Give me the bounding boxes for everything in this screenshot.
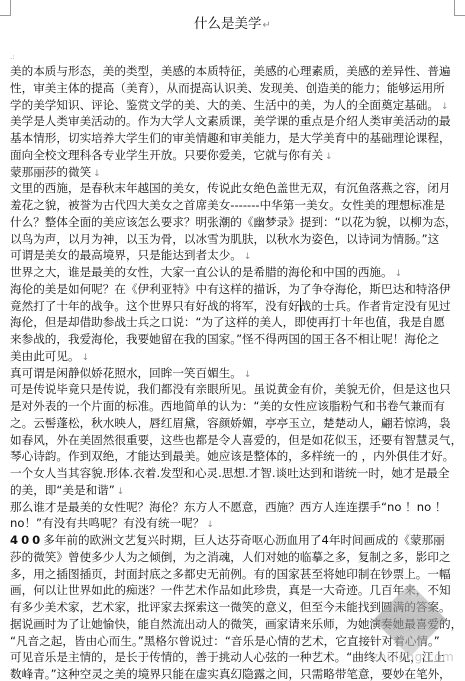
text-line: 多，用之插图插页，封面封底之多都史无前例。有的国家甚至将她印制在钞票上。一幅 <box>10 566 462 583</box>
text-line: 蒙那丽莎的微笑↓ <box>10 164 462 181</box>
text-line: 世界之大，谁是最美的女性，大家一直公认的是希腊的海伦和中国的西施。↓ <box>10 264 462 281</box>
line-text: 美的本质与形态，美的类型，美感的本质特征，美感的心理素质，美感的差异性、普遍 <box>10 64 451 78</box>
text-line: 来参战的，我爱海伦，我要她留在我的国家。”怪不得两国的国王各不相让呢！海伦之 <box>10 331 462 348</box>
line-text: 以鸟为声，以月为神，以玉为骨，以冰雪为肌肤，以秋水为姿色，以诗词为情肠。”这 <box>10 232 439 246</box>
text-line: 什么？整体全面的美应该怎么要求？明张潮的《幽梦录》提到：“以花为貌，以柳为态， <box>10 214 462 231</box>
line-text: 可见音乐是主情的，是长于传情的，善于挑动人心弦的一种艺术。“曲终人不见，江上 <box>10 650 445 664</box>
line-text: 那么谁才是最美的女性呢？海伦？东方人不愿意，西施？西方人连连摆手“no ！no … <box>10 500 446 514</box>
text-line: “凡音之起，皆由心而生。”黑格尔曾说过：“音乐是心情的艺术，它直接针对着心情。” <box>10 633 462 650</box>
line-text: 多，用之插图插页，封面封底之多都史无前例。有的国家甚至将她印制在钞票上。一幅 <box>10 567 451 581</box>
line-break-mark-icon: ↓ <box>206 520 214 530</box>
line-break-mark-icon: ↓ <box>244 370 252 380</box>
text-line: 面向全校文理科各专业学生开放。只要你爱美，它就与你有关↓ <box>10 147 462 164</box>
bold-number: 400 <box>10 533 43 547</box>
empty-paragraph-mark-icon: .: <box>10 53 15 61</box>
text-line: 画，何以让世界如此的痴迷？一件艺术作品如此珍贵，真是一大奇迹。几百年来，不知 <box>10 582 462 599</box>
text-line: 是对外表的一个片面的标准。西地简单的认为：“美的女性应该脂粉气和书卷气兼而有 <box>10 398 462 415</box>
line-break-mark-icon: ↓ <box>244 252 252 262</box>
text-line: 400多年前的欧洲文艺复兴时期，巨人达芬奇呕心沥血用了4年时间画成的《蒙那丽 <box>10 532 462 549</box>
line-text: 可是传说毕竟只是传说，我们都没有亲眼所见。虽说黄金有价，美貌无价，但是这也只 <box>10 382 451 396</box>
line-text: 学的美学知识、评论、鉴赏文学的美、大的美、生活中的美，为人的全面奠定基础。 <box>10 98 439 112</box>
text-line: 可谓是美女的最高境界，只是能达到者太少。↓ <box>10 247 462 264</box>
document-page[interactable]: 什么是美学↵ .: 美的本质与形态，美的类型，美感的本质特征，美感的心理素质，美… <box>0 0 465 681</box>
text-line: 文里的西施，是春秋末年越国的美女，传说此女绝色盖世无双，有沉鱼落燕之容，闭月 <box>10 180 462 197</box>
line-break-mark-icon: ↓ <box>93 169 101 179</box>
text-line: 可见音乐是主情的，是长于传情的，善于挑动人心弦的一种艺术。“曲终人不见，江上 <box>10 649 462 666</box>
text-line: 可是传说毕竟只是传说，我们都没有亲眼所见。虽说黄金有价，美貌无价，但是这也只 <box>10 381 462 398</box>
paragraph-mark-icon: ↵ <box>263 20 271 31</box>
line-text: 据说画时为了让她愉快，能自然流出动人的微笑，画家请来乐师，为她演奏她最喜爱的， <box>10 617 462 631</box>
text-line: 美的本质与形态，美的类型，美感的本质特征，美感的心理素质，美感的差异性、普遍 <box>10 63 462 80</box>
line-text: 数峰青。”这种空灵之美的境界只能在虚实真幻隐露之间，只需略带笔意，要妙在笔外， <box>10 667 451 681</box>
line-text: 海伦，但是却借助参战士兵之口说：“为了这样的美人，即使再打十年也值，我是自愿 <box>10 315 445 329</box>
line-text: 画，何以让世界如此的痴迷？一件艺术作品如此珍贵，真是一大奇迹。几百年来，不知 <box>10 583 451 597</box>
line-text: 美由此可见。 <box>10 349 80 363</box>
line-text-before-cursor: 竟然打了十年的战争。这个世界只有好战的将军，没有好 <box>10 299 300 313</box>
line-break-mark-icon: ↓ <box>82 353 90 363</box>
line-text: 可谓是美女的最高境界，只是能达到者太少。 <box>10 248 242 262</box>
text-line: 据说画时为了让她愉快，能自然流出动人的微笑，画家请来乐师，为她演奏她最喜爱的， <box>10 616 462 633</box>
text-line: 竟然打了十年的战争。这个世界只有好战的将军，没有好战的士兵。作者肯定没有见过 <box>10 298 462 315</box>
line-break-mark-icon: ↓ <box>117 487 125 497</box>
line-text: 莎的微笑》曾使多少人为之倾倒，为之消魂，人们对她的临摹之多，复制之多，影印之 <box>10 550 451 564</box>
text-line: no！”有没有共鸣呢？有没有统一呢？↓ <box>10 515 462 532</box>
text-line: 真可谓是闲静似娇花照水，回眸一笑百媚生。↓ <box>10 365 462 382</box>
line-text: 琴心诗韵。作到双绝，才能达到最美。她应该是整体的，多样统一的 ，内外俱佳才好。 <box>10 449 454 463</box>
line-text: 来参战的，我爱海伦，我要她留在我的国家。”怪不得两国的国王各不相让呢！海伦之 <box>10 332 439 346</box>
text-line: 有多少美术家，艺术家，批评家去探索这一微笑的意义，但至今未能找到圆满的答案。 <box>10 599 462 616</box>
line-text: “凡音之起，皆由心而生。”黑格尔曾说过：“音乐是心情的艺术，它直接针对着心情。” <box>10 634 440 648</box>
line-break-mark-icon: ↓ <box>441 102 449 112</box>
line-text: 世界之大，谁是最美的女性，大家一直公认的是希腊的海伦和中国的西施。 <box>10 265 393 279</box>
document-title-text: 什么是美学 <box>194 16 262 32</box>
line-text: 一个女人当其容貌.形体.衣着.发型和心灵.思想.才智.谈吐达到和谐统一时，她才是… <box>10 466 450 480</box>
text-line: 性，审美主体的提高（美育），从而提高认识美、发现美、创造美的能力；能够运用所 <box>10 80 462 97</box>
line-text-after-cursor: 战的士兵。作者肯定没有见过 <box>300 299 451 313</box>
line-text: 是对外表的一个片面的标准。西地简单的认为：“美的女性应该脂粉气和书卷气兼而有 <box>10 399 445 413</box>
document-body[interactable]: 美的本质与形态，美的类型，美感的本质特征，美感的心理素质，美感的差异性、普遍性，… <box>10 63 462 681</box>
text-line: 学的美学知识、评论、鉴赏文学的美、大的美、生活中的美，为人的全面奠定基础。↓ <box>10 97 462 114</box>
line-text: 之。云髻蓬松，秋水映人，唇红眉黛，容颜娇媚，亭亭玉立，楚楚动人，翩若惊鸿，袅 <box>10 416 451 430</box>
text-line: 莎的微笑》曾使多少人为之倾倒，为之消魂，人们对她的临摹之多，复制之多，影印之 <box>10 549 462 566</box>
text-line: 以鸟为声，以月为神，以玉为骨，以冰雪为肌肤，以秋水为姿色，以诗词为情肠。”这 <box>10 231 462 248</box>
line-break-mark-icon: ↓ <box>325 152 333 162</box>
line-text: 的美，即“美是和谐” <box>10 483 115 497</box>
line-text: 文里的西施，是春秋末年越国的美女，传说此女绝色盖世无双，有沉鱼落燕之容，闭月 <box>10 181 451 195</box>
line-text: 面向全校文理科各专业学生开放。只要你爱美，它就与你有关 <box>10 148 323 162</box>
line-text: 什么？整体全面的美应该怎么要求？明张潮的《幽梦录》提到：“以花为貌，以柳为态， <box>10 215 457 229</box>
line-text: 多年前的欧洲文艺复兴时期，巨人达芬奇呕心沥血用了4年时间画成的《蒙那丽 <box>43 533 445 547</box>
text-line: 琴心诗韵。作到双绝，才能达到最美。她应该是整体的，多样统一的 ，内外俱佳才好。 <box>10 448 462 465</box>
text-line: 海伦的美是如何呢？在《伊利亚特》中有这样的描诉，为了争夺海伦，斯巴达和特洛伊 <box>10 281 462 298</box>
text-line: 美由此可见。↓ <box>10 348 462 365</box>
text-line: 的美，即“美是和谐”↓ <box>10 482 462 499</box>
text-line: 美学是人类审美活动的。作为大学人文素质课，美学课的重点是介绍人类审美活动的最 <box>10 113 462 130</box>
line-text: 海伦的美是如何呢？在《伊利亚特》中有这样的描诉，为了争夺海伦，斯巴达和特洛伊 <box>10 282 451 296</box>
document-title: 什么是美学↵ <box>0 14 465 36</box>
text-cursor <box>300 298 301 312</box>
line-text: 性，审美主体的提高（美育），从而提高认识美、发现美、创造美的能力；能够运用所 <box>10 81 445 95</box>
line-text: no！”有没有共鸣呢？有没有统一呢？ <box>10 516 204 530</box>
line-text: 蒙那丽莎的微笑 <box>10 165 91 179</box>
text-line: 一个女人当其容貌.形体.衣着.发型和心灵.思想.才智.谈吐达到和谐统一时，她才是… <box>10 465 462 482</box>
line-text: 美学是人类审美活动的。作为大学人文素质课，美学课的重点是介绍人类审美活动的最 <box>10 114 451 128</box>
line-break-mark-icon: ↓ <box>395 269 403 279</box>
line-text: 基本情形，切实培养大学生们的审美情趣和审美能力，是大学美育中的基础理论课程， <box>10 131 451 145</box>
text-line: 之。云髻蓬松，秋水映人，唇红眉黛，容颜娇媚，亭亭玉立，楚楚动人，翩若惊鸿，袅 <box>10 415 462 432</box>
text-line: 数峰青。”这种空灵之美的境界只能在虚实真幻隐露之间，只需略带笔意，要妙在笔外， <box>10 666 462 681</box>
text-line: 羞花之貌，被誉为古代四大美女之首席美女-------中华第一美女。女性美的理想标… <box>10 197 462 214</box>
line-text: 有多少美术家，艺术家，批评家去探索这一微笑的意义，但至今未能找到圆满的答案。 <box>10 600 451 614</box>
text-line: 海伦，但是却借助参战士兵之口说：“为了这样的美人，即使再打十年也值，我是自愿 <box>10 314 462 331</box>
text-line: 那么谁才是最美的女性呢？海伦？东方人不愿意，西施？西方人连连摆手“no ！no … <box>10 499 462 516</box>
line-text: 真可谓是闲静似娇花照水，回眸一笑百媚生。 <box>10 366 242 380</box>
text-line: 如春风，外在美固然很重要，这些也都是令人喜爱的，但是如花似玉，还要有智慧灵气， <box>10 432 462 449</box>
line-text: 如春风，外在美固然很重要，这些也都是令人喜爱的，但是如花似玉，还要有智慧灵气， <box>10 433 462 447</box>
text-line: 基本情形，切实培养大学生们的审美情趣和审美能力，是大学美育中的基础理论课程， <box>10 130 462 147</box>
line-text: 羞花之貌，被誉为古代四大美女之首席美女-------中华第一美女。女性美的理想标… <box>10 198 445 212</box>
